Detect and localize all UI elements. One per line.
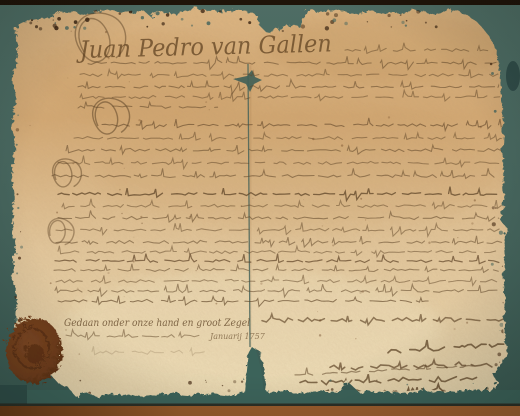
paper-speck	[241, 205, 243, 207]
date-line-text: Januarij 1757	[208, 332, 266, 341]
paper-speck	[16, 272, 18, 274]
paper-speck	[454, 328, 456, 330]
paper-speck	[494, 110, 497, 113]
paper-speck	[425, 22, 427, 24]
paper-speck	[228, 389, 231, 392]
paper-speck	[138, 119, 140, 121]
paper-speck	[196, 270, 197, 271]
paper-speck	[416, 10, 420, 14]
paper-speck	[107, 272, 109, 274]
paper-speck	[188, 381, 192, 385]
paper-speck	[39, 27, 42, 30]
paper-speck	[303, 199, 304, 200]
paper-speck	[56, 211, 58, 213]
paper-speck	[16, 144, 18, 146]
paper-speck	[334, 13, 338, 17]
paper-speck	[367, 21, 368, 22]
paper-speck	[74, 20, 78, 24]
paper-speck	[248, 21, 251, 24]
paper-speck	[162, 22, 165, 25]
paper-speck	[492, 206, 495, 209]
paper-speck	[332, 244, 334, 246]
paper-speck	[201, 9, 205, 13]
paper-speck	[141, 120, 143, 122]
paper-speck	[252, 198, 253, 199]
paper-speck	[50, 282, 52, 284]
paper-speck	[16, 253, 18, 255]
paper-speck	[388, 116, 390, 118]
paper-speck	[365, 219, 366, 220]
paper-speck	[267, 175, 268, 176]
paper-speck	[428, 242, 430, 244]
paper-speck	[495, 207, 497, 209]
paper-speck	[19, 319, 21, 321]
frame-edge-top	[0, 0, 520, 5]
paper-speck	[387, 14, 390, 17]
paper-speck	[73, 26, 76, 29]
paper-speck	[400, 14, 402, 16]
paper-speck	[329, 379, 331, 381]
paper-speck	[332, 18, 336, 22]
paper-speck	[121, 213, 122, 214]
paper-speck	[361, 290, 364, 293]
paper-speck	[72, 162, 74, 164]
paper-speck	[207, 21, 211, 25]
paper-speck	[322, 225, 324, 227]
paper-speck	[495, 363, 498, 366]
paper-speck	[391, 26, 393, 28]
paper-speck	[205, 101, 207, 103]
paper-speck	[312, 138, 314, 140]
paper-speck	[500, 330, 501, 331]
paper-speck	[319, 319, 322, 322]
paper-speck	[29, 21, 32, 24]
paper-speck	[140, 216, 142, 218]
paper-speck	[499, 362, 500, 363]
paper-speck	[124, 296, 125, 297]
paper-speck	[54, 26, 58, 30]
paper-speck	[344, 22, 348, 26]
paper-speck	[473, 383, 474, 384]
paper-speck	[331, 388, 334, 391]
paper-speck	[301, 24, 305, 28]
paper-speck	[466, 322, 468, 324]
paper-speck	[359, 292, 361, 294]
paper-speck	[205, 380, 206, 381]
paper-speck	[325, 26, 329, 30]
paper-speck	[124, 168, 125, 169]
paper-speck	[406, 20, 408, 22]
paper-speck	[191, 25, 193, 27]
paper-speck	[497, 353, 501, 357]
paper-speck	[129, 81, 130, 82]
paper-speck	[64, 174, 65, 175]
paper-speck	[29, 125, 30, 126]
paper-speck	[20, 231, 21, 232]
paper-speck	[282, 30, 284, 32]
paper-speck	[209, 109, 210, 110]
paper-speck	[228, 323, 230, 325]
paper-speck	[471, 222, 473, 224]
paper-speck	[181, 18, 184, 21]
paper-speck	[36, 18, 37, 19]
paper-speck	[83, 27, 86, 30]
paper-speck	[222, 385, 223, 386]
paper-speck	[260, 282, 262, 284]
paper-speck	[491, 263, 494, 266]
paper-speck	[436, 320, 438, 322]
frame-edge-bottom	[0, 406, 520, 416]
paper-speck	[406, 384, 408, 386]
paper-speck	[65, 26, 69, 30]
paper-speck	[474, 199, 476, 201]
paper-speck	[189, 216, 191, 218]
paper-speck	[18, 257, 21, 260]
paper-speck	[492, 222, 496, 226]
paper-speck	[17, 114, 19, 116]
paper-speck	[341, 144, 343, 146]
paper-speck	[105, 31, 107, 33]
paper-speck	[133, 237, 134, 238]
closing-line-text: Gedaan onder onze hand en groot Zegel	[64, 317, 250, 329]
paper-speck	[481, 194, 482, 195]
paper-speck	[53, 19, 54, 20]
paper-speck	[435, 25, 438, 28]
paper-speck	[108, 57, 110, 59]
paper-speck	[119, 12, 122, 15]
backdrop-smudge	[506, 61, 520, 91]
paper-speck	[141, 222, 143, 224]
paper-speck	[55, 22, 57, 24]
paper-speck	[15, 318, 18, 321]
paper-speck	[233, 380, 236, 383]
photo-of-antique-manuscript: Juan Pedro van Gallen Gedaan onder onze …	[0, 0, 520, 416]
paper-speck	[57, 17, 61, 21]
paper-speck	[491, 72, 494, 75]
paper-speck	[141, 16, 144, 19]
paper-speck	[35, 25, 38, 28]
wax-seal	[4, 316, 60, 382]
paper-speck	[317, 311, 318, 312]
paper-speck	[241, 381, 243, 383]
paper-speck	[401, 21, 404, 24]
paper-speck	[219, 10, 222, 13]
paper-speck	[319, 334, 321, 336]
paper-speck	[67, 77, 68, 78]
paper-speck	[13, 261, 15, 263]
paper-speck	[71, 31, 72, 32]
paper-speck	[65, 329, 67, 331]
paper-speck	[166, 13, 169, 16]
paper-speck	[490, 63, 493, 66]
paper-speck	[499, 231, 503, 235]
paper-speck	[133, 261, 135, 263]
paper-speck	[77, 287, 79, 289]
paper-speck	[80, 380, 82, 382]
paper-speck	[405, 24, 407, 26]
paper-speck	[119, 189, 121, 191]
paper-speck	[20, 246, 23, 249]
paper-speck	[17, 193, 19, 195]
paper-speck	[16, 128, 19, 131]
paper-speck	[326, 12, 329, 15]
paper-speck	[330, 10, 332, 12]
paper-speck	[239, 18, 242, 21]
manuscript-photo-canvas: Juan Pedro van Gallen Gedaan onder onze …	[0, 0, 520, 416]
paper-speck	[247, 98, 248, 99]
paper-speck	[215, 303, 217, 305]
paper-speck	[17, 207, 19, 209]
paper-speck	[376, 380, 377, 381]
paper-speck	[480, 126, 482, 128]
paper-speck	[457, 237, 458, 238]
backdrop-corner-patch	[0, 385, 27, 404]
paper-speck	[235, 78, 236, 79]
paper-speck	[206, 382, 207, 383]
paper-speck	[500, 323, 504, 327]
paper-speck	[85, 18, 90, 23]
paper-speck	[31, 19, 33, 21]
paper-speck	[360, 198, 362, 200]
paper-speck	[355, 338, 357, 340]
paper-speck	[79, 353, 81, 355]
paper-speck	[146, 26, 148, 28]
